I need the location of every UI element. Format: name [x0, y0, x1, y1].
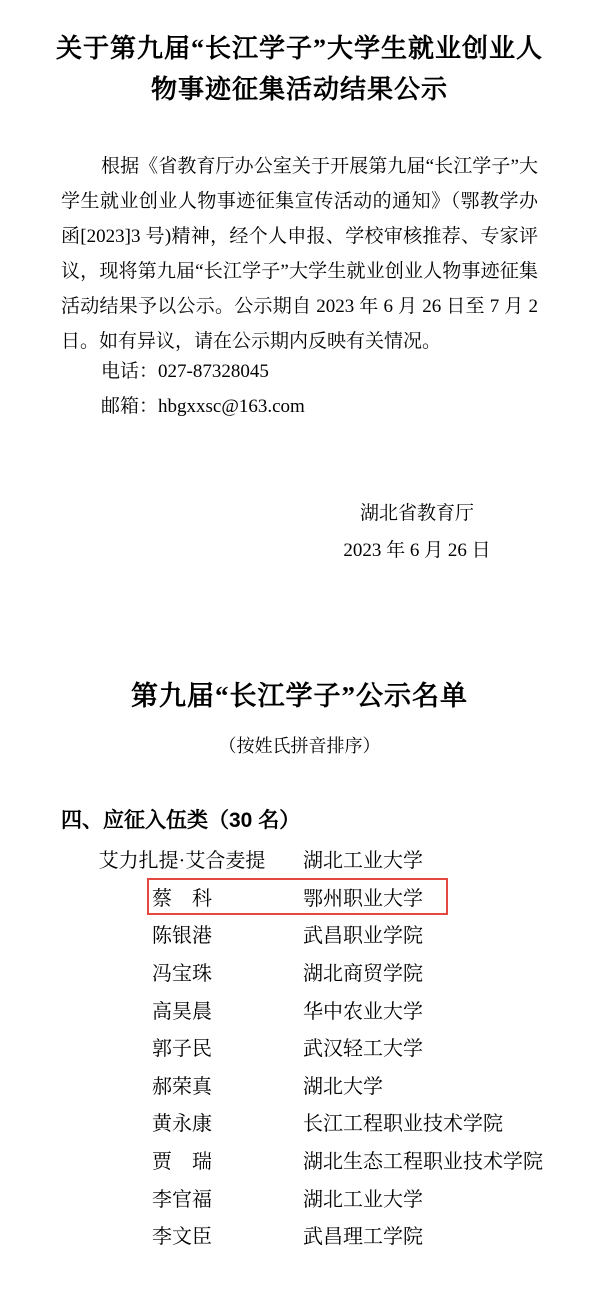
roster-section-heading: 四、应征入伍类（30 名） — [61, 806, 300, 836]
awardee-name: 高昊晨 — [61, 995, 303, 1024]
awardee-name: 郭子民 — [61, 1032, 303, 1061]
awardee-school: 湖北工业大学 — [303, 844, 543, 873]
awardee-school: 华中农业大学 — [303, 995, 543, 1024]
awardee-name: 艾力扎提·艾合麦提 — [61, 844, 303, 873]
roster-list: 艾力扎提·艾合麦提 湖北工业大学 蔡 科 鄂州职业大学 陈银港 武昌职业学院 冯… — [61, 840, 543, 1254]
awardee-school: 长江工程职业技术学院 — [303, 1107, 543, 1136]
awardee-school: 武汉轻工大学 — [303, 1032, 543, 1061]
awardee-school: 武昌职业学院 — [303, 919, 543, 948]
announcement-paragraph: 根据《省教育厅办公室关于开展第九届“长江学子”大学生就业创业人物事迹征集宣传活动… — [61, 149, 538, 359]
awardee-name: 蔡 科 — [61, 882, 303, 911]
awardee-name: 李文臣 — [61, 1220, 303, 1249]
contact-phone: 电话：027-87328045 — [101, 354, 269, 389]
awardee-name: 黄永康 — [61, 1107, 303, 1136]
roster-subtitle: （按姓氏拼音排序） — [0, 733, 599, 759]
awardee-school: 湖北大学 — [303, 1070, 543, 1099]
awardee-school: 湖北生态工程职业技术学院 — [303, 1145, 543, 1174]
roster-row: 蔡 科 鄂州职业大学 — [61, 878, 543, 916]
awardee-school: 湖北商贸学院 — [303, 957, 543, 986]
roster-row: 冯宝珠 湖北商贸学院 — [61, 953, 543, 991]
awardee-name: 陈银港 — [61, 919, 303, 948]
roster-row: 黄永康 长江工程职业技术学院 — [61, 1103, 543, 1141]
roster-row: 贾 瑞 湖北生态工程职业技术学院 — [61, 1141, 543, 1179]
roster-row: 高昊晨 华中农业大学 — [61, 990, 543, 1028]
roster-row: 李官福 湖北工业大学 — [61, 1178, 543, 1216]
roster-row: 郭子民 武汉轻工大学 — [61, 1028, 543, 1066]
roster-row: 李文臣 武昌理工学院 — [61, 1216, 543, 1254]
awardee-school: 鄂州职业大学 — [303, 882, 543, 911]
roster-row: 陈银港 武昌职业学院 — [61, 915, 543, 953]
awardee-school: 武昌理工学院 — [303, 1220, 543, 1249]
signature-org: 湖北省教育厅 — [330, 495, 504, 532]
signature-date: 2023 年 6 月 26 日 — [330, 532, 504, 569]
roster-row: 艾力扎提·艾合麦提 湖北工业大学 — [61, 840, 543, 878]
roster-title: 第九届“长江学子”公示名单 — [0, 678, 599, 715]
awardee-school: 湖北工业大学 — [303, 1183, 543, 1212]
document-page: 关于第九届“长江学子”大学生就业创业人 物事迹征集活动结果公示 根据《省教育厅办… — [0, 0, 599, 1303]
awardee-name: 贾 瑞 — [61, 1145, 303, 1174]
document-title: 关于第九届“长江学子”大学生就业创业人 物事迹征集活动结果公示 — [28, 28, 571, 110]
awardee-name: 李官福 — [61, 1183, 303, 1212]
roster-row: 郝荣真 湖北大学 — [61, 1066, 543, 1104]
signature-block: 湖北省教育厅 2023 年 6 月 26 日 — [330, 495, 504, 569]
awardee-name: 郝荣真 — [61, 1070, 303, 1099]
awardee-name: 冯宝珠 — [61, 957, 303, 986]
contact-email: 邮箱：hbgxxsc@163.com — [101, 389, 305, 424]
